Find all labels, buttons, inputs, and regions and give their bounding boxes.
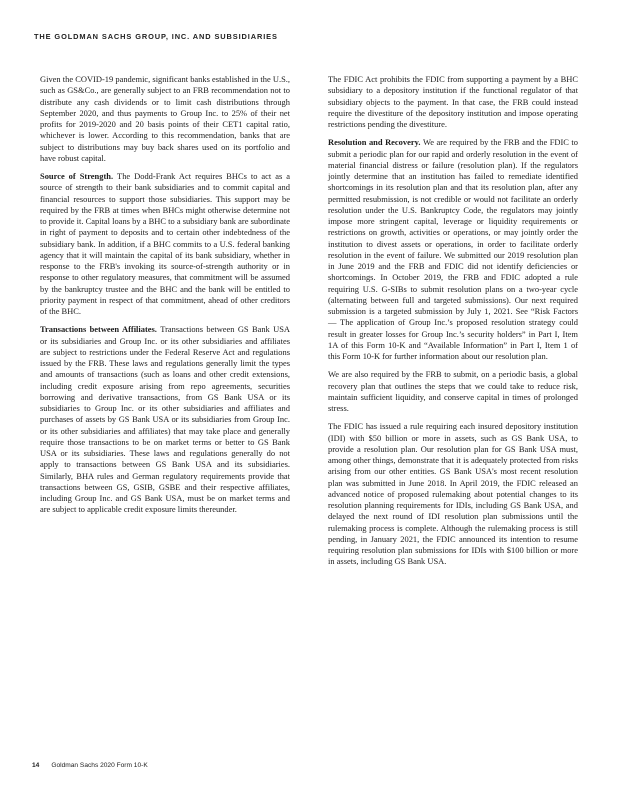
paragraph: The FDIC Act prohibits the FDIC from sup… [328, 74, 578, 130]
paragraph-text: The Dodd-Frank Act requires BHCs to act … [40, 171, 290, 316]
paragraph-text: Given the COVID-19 pandemic, significant… [40, 74, 290, 163]
paragraph: Resolution and Recovery. We are required… [328, 137, 578, 362]
paragraph-heading: Source of Strength. [40, 171, 117, 181]
page-number: 14 [32, 762, 39, 769]
page-footer: 14 Goldman Sachs 2020 Form 10-K [32, 762, 148, 769]
paragraph: Source of Strength. The Dodd-Frank Act r… [40, 171, 290, 317]
running-header: The Goldman Sachs Group, Inc. and Subsid… [34, 32, 278, 41]
paragraph: Given the COVID-19 pandemic, significant… [40, 74, 290, 164]
paragraph-heading: Transactions between Affiliates. [40, 324, 160, 334]
paragraph: The FDIC has issued a rule requiring eac… [328, 421, 578, 567]
paragraph: Transactions between Affiliates. Transac… [40, 324, 290, 515]
publication-title: Goldman Sachs 2020 Form 10-K [51, 762, 147, 769]
paragraph-text: Transactions between GS Bank USA or its … [40, 324, 290, 514]
paragraph-heading: Resolution and Recovery. [328, 137, 423, 147]
paragraph-text: We are also required by the FRB to submi… [328, 369, 578, 413]
right-column: The FDIC Act prohibits the FDIC from sup… [328, 74, 578, 575]
left-column: Given the COVID-19 pandemic, significant… [40, 74, 290, 575]
paragraph: We are also required by the FRB to submi… [328, 369, 578, 414]
paragraph-text: The FDIC Act prohibits the FDIC from sup… [328, 74, 578, 129]
body-columns: Given the COVID-19 pandemic, significant… [40, 74, 578, 575]
paragraph-text: We are required by the FRB and the FDIC … [328, 137, 578, 361]
paragraph-text: The FDIC has issued a rule requiring eac… [328, 421, 578, 566]
